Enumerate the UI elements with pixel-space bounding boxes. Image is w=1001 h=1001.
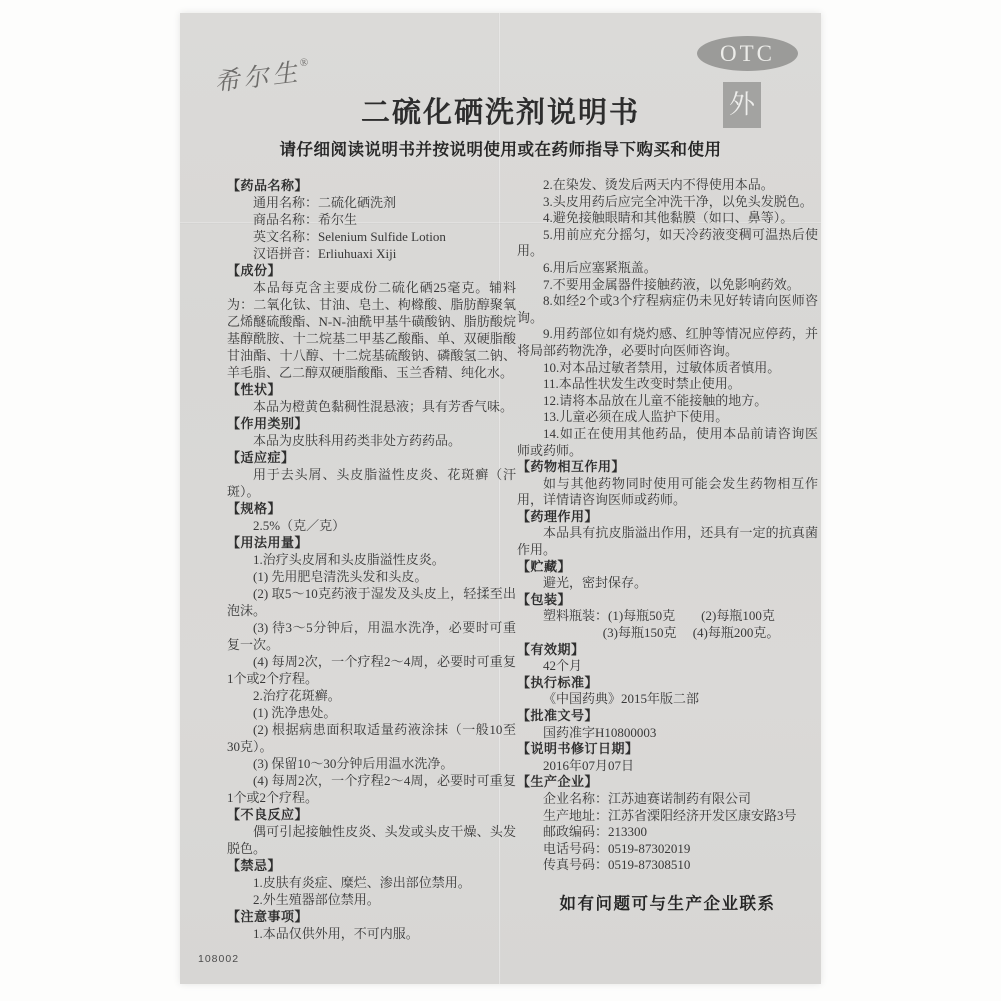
section-header: 【药物相互作用】 <box>517 459 818 476</box>
text-line: 11.本品性状发生改变时禁止使用。 <box>517 376 818 393</box>
section-header: 【性状】 <box>227 381 516 398</box>
right-column: 2.在染发、烫发后两天内不得使用本品。3.头皮用药后应完全冲洗干净，以免头发脱色… <box>517 177 818 913</box>
section-header: 【生产企业】 <box>517 774 818 791</box>
text-line: 如与其他药物同时使用可能会发生药物相互作用，详情请咨询医师或药师。 <box>517 476 818 509</box>
section-header: 【药品名称】 <box>227 177 516 194</box>
text-line: (3)每瓶150克 (4)每瓶200克。 <box>517 625 818 642</box>
leaflet-title: 二硫化硒洗剂说明书 <box>180 90 821 131</box>
otc-badge: OTC <box>697 36 798 71</box>
text-line: (3) 保留10～30分钟后用温水洗净。 <box>227 755 516 772</box>
section-header: 【注意事项】 <box>227 908 516 925</box>
text-line: 《中国药典》2015年版二部 <box>517 691 818 708</box>
text-line: 5.用前应充分摇匀，如天冷药液变稠可温热后使用。 <box>517 227 818 260</box>
text-line: 通用名称：二硫化硒洗剂 <box>227 194 516 211</box>
text-line: 汉语拼音：Erliuhuaxi Xiji <box>227 245 516 262</box>
registered-trademark-icon: ® <box>299 56 309 69</box>
text-line: 偶可引起接触性皮炎、头发或头皮干燥、头发脱色。 <box>227 823 516 857</box>
leaflet-paper: 希尔生® OTC 外 二硫化硒洗剂说明书 请仔细阅读说明书并按说明使用或在药师指… <box>180 13 821 984</box>
text-line: 生产地址：江苏省溧阳经济开发区康安路3号 <box>517 808 818 825</box>
text-line: 14.如正在使用其他药品，使用本品前请咨询医师或药师。 <box>517 426 818 459</box>
text-line: 1.皮肤有炎症、糜烂、渗出部位禁用。 <box>227 874 516 891</box>
text-line: 本品每克含主要成份二硫化硒25毫克。辅料为：二氧化钛、甘油、皂土、枸橼酸、脂肪醇… <box>227 279 516 381</box>
text-line: 商品名称：希尔生 <box>227 211 516 228</box>
text-line: 2.治疗花斑癣。 <box>227 687 516 704</box>
page-background: { "header": { "brand_logo": "希尔生", "regi… <box>0 0 1001 1001</box>
text-line: (2) 根据病患面积取适量药液涂抹（一般10至30克）。 <box>227 721 516 755</box>
text-line: 10.对本品过敏者禁用，过敏体质者慎用。 <box>517 360 818 377</box>
section-header: 【禁忌】 <box>227 857 516 874</box>
section-header: 【成份】 <box>227 262 516 279</box>
text-line: 传真号码：0519-87308510 <box>517 857 818 874</box>
section-header: 【包装】 <box>517 592 818 609</box>
text-line: 本品具有抗皮脂溢出作用，还具有一定的抗真菌作用。 <box>517 525 818 558</box>
text-line: 6.用后应塞紧瓶盖。 <box>517 260 818 277</box>
contact-note: 如有问题可与生产企业联系 <box>517 896 818 913</box>
text-line: (4) 每周2次，一个疗程2～4周，必要时可重复1个或2个疗程。 <box>227 772 516 806</box>
text-line: 本品为皮肤科用药类非处方药药品。 <box>227 432 516 449</box>
text-line: 本品为橙黄色黏稠性混悬液；具有芳香气味。 <box>227 398 516 415</box>
text-line: 9.用药部位如有烧灼感、红肿等情况应停药，并将局部药物洗净，必要时向医师咨询。 <box>517 326 818 359</box>
section-header: 【执行标准】 <box>517 675 818 692</box>
text-line: 避光，密封保存。 <box>517 575 818 592</box>
text-line: 2.5%（克／克） <box>227 517 516 534</box>
text-line: 42个月 <box>517 658 818 675</box>
text-line: (1) 洗净患处。 <box>227 704 516 721</box>
section-header: 【用法用量】 <box>227 534 516 551</box>
text-line: 2.在染发、烫发后两天内不得使用本品。 <box>517 177 818 194</box>
text-line: 1.治疗头皮屑和头皮脂溢性皮炎。 <box>227 551 516 568</box>
text-line: 邮政编码：213300 <box>517 824 818 841</box>
text-line: 电话号码：0519-87302019 <box>517 841 818 858</box>
text-line: 英文名称：Selenium Sulfide Lotion <box>227 228 516 245</box>
batch-code: 108002 <box>198 953 239 965</box>
text-line: 2.外生殖器部位禁用。 <box>227 891 516 908</box>
section-header: 【贮藏】 <box>517 559 818 576</box>
text-line: 用于去头屑、头皮脂溢性皮炎、花斑癣（汗斑）。 <box>227 466 516 500</box>
text-line: 国药准字H10800003 <box>517 725 818 742</box>
text-line: 企业名称：江苏迪赛诺制药有限公司 <box>517 791 818 808</box>
section-header: 【规格】 <box>227 500 516 517</box>
text-line: 塑料瓶装：(1)每瓶50克 (2)每瓶100克 <box>517 608 818 625</box>
text-line: 8.如经2个或3个疗程病症仍未见好转请向医师咨询。 <box>517 293 818 326</box>
text-line: (4) 每周2次，一个疗程2～4周，必要时可重复1个或2个疗程。 <box>227 653 516 687</box>
text-line: 7.不要用金属器件接触药液，以免影响药效。 <box>517 277 818 294</box>
section-header: 【说明书修订日期】 <box>517 741 818 758</box>
section-header: 【药理作用】 <box>517 509 818 526</box>
section-header: 【作用类别】 <box>227 415 516 432</box>
section-header: 【有效期】 <box>517 642 818 659</box>
left-column: 【药品名称】通用名称：二硫化硒洗剂商品名称：希尔生英文名称：Selenium S… <box>227 177 516 942</box>
text-line: 13.儿童必须在成人监护下使用。 <box>517 409 818 426</box>
section-header: 【不良反应】 <box>227 806 516 823</box>
section-header: 【适应症】 <box>227 449 516 466</box>
text-line: 2016年07月07日 <box>517 758 818 775</box>
text-line: 4.避免接触眼睛和其他黏膜（如口、鼻等）。 <box>517 210 818 227</box>
section-header: 【批准文号】 <box>517 708 818 725</box>
text-line: (2) 取5～10克药液于湿发及头皮上，轻揉至出泡沫。 <box>227 585 516 619</box>
text-line: 1.本品仅供外用，不可内服。 <box>227 925 516 942</box>
text-line: (1) 先用肥皂清洗头发和头皮。 <box>227 568 516 585</box>
text-line: 3.头皮用药后应完全冲洗干净，以免头发脱色。 <box>517 194 818 211</box>
text-line: (3) 待3～5分钟后，用温水洗净，必要时可重复一次。 <box>227 619 516 653</box>
text-line: 12.请将本品放在儿童不能接触的地方。 <box>517 393 818 410</box>
leaflet-subtitle: 请仔细阅读说明书并按说明使用或在药师指导下购买和使用 <box>180 136 821 160</box>
